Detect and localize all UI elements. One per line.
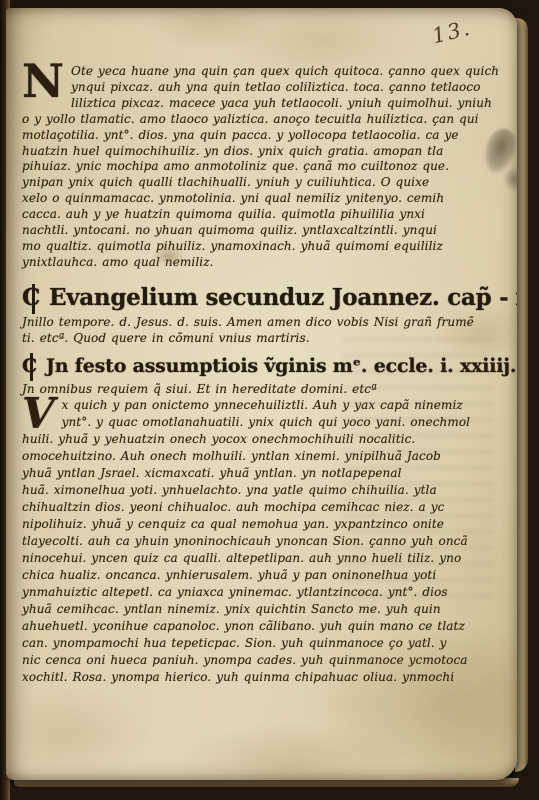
manuscript-line: mo qualtiz. quimotla pihuiliz. ynamoxina… — [22, 239, 499, 255]
capitulum-icon: C — [22, 351, 37, 381]
manuscript-line: huatzin huel quimochihuiliz. yn dios. yn… — [22, 144, 499, 160]
manuscript-line: pihuiaz. ynic mochipa amo anmotoliniz qu… — [22, 159, 499, 175]
gospel-heading: CEvangelium secunduz Joannez. cap̃ - xij… — [22, 282, 499, 314]
manuscript-line: xelo o quinmamacac. ynmotolinia. yni qua… — [22, 191, 499, 207]
manuscript-line: xochitl. Rosa. ynompa hierico. yuh quinm… — [22, 669, 499, 686]
manuscript-line: ynqui pixcaz. auh yna quin tetlao colili… — [22, 80, 499, 96]
gospel-heading-text: Evangelium secunduz Joannez. cap̃ - xij. — [49, 284, 517, 311]
verso-show-through — [343, 338, 493, 598]
manuscript-line: liliztica pixcaz. macece yaca yuh tetlao… — [22, 96, 499, 112]
stain-spot — [152, 246, 186, 266]
capitulum-icon: C — [22, 282, 40, 314]
manuscript-line: nachtli. yntocani. no yhuan quimoma quil… — [22, 223, 499, 239]
manuscript-line: motlaçotilia. ynt°. dios. yna quin pacca… — [22, 128, 499, 144]
manuscript-line: o y yollo tlamatic. amo tlaoco yaliztica… — [22, 112, 499, 128]
manuscript-line: yhuã cemihcac. yntlan ninemiz. ynix quic… — [22, 601, 499, 618]
drop-cap-initial: N — [22, 64, 71, 97]
nahuatl-paragraph-1: N Ote yeca huane yna quin çan quex quich… — [22, 64, 499, 271]
manuscript-line: ynixtlauhca. amo qual nemiliz. — [22, 255, 499, 271]
drop-cap-initial: V — [22, 397, 62, 429]
rubric-line: Jnillo tempore. d. Jesus. d. suis. Amen … — [22, 314, 499, 330]
manuscript-line: ahuehuetl. yconihue capanoloc. ynon cãli… — [22, 618, 499, 635]
manuscript-line: cacca. auh y ye huatzin quimoma quilia. … — [22, 207, 499, 223]
manuscript-line: ynipan ynix quich qualli tlachihualli. y… — [22, 175, 499, 191]
manuscript-line: nic cenca oni hueca paniuh. ynompa cades… — [22, 652, 499, 669]
manuscript-page: 13. N Ote yeca huane yna quin çan quex q… — [6, 8, 517, 780]
manuscript-line: can. ynompamochi hua tepeticpac. Sion. y… — [22, 635, 499, 652]
manuscript-photo: 13. N Ote yeca huane yna quin çan quex q… — [0, 0, 539, 800]
manuscript-line: Ote yeca huane yna quin çan quex quich q… — [22, 64, 499, 80]
